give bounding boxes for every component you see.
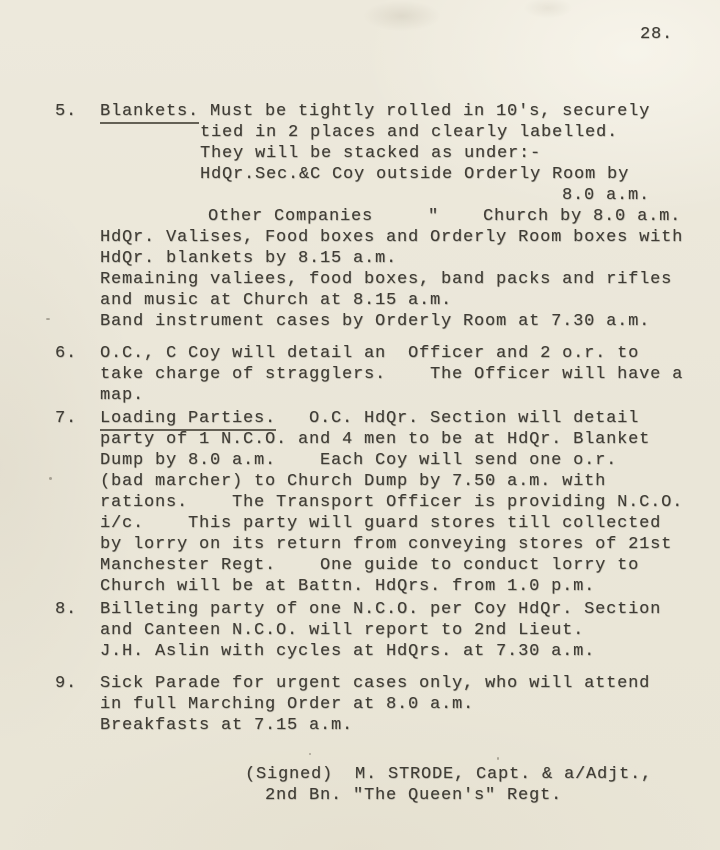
item-5-heading-line: Blankets. Must be tightly rolled in 10's… <box>100 101 710 122</box>
item-7-line: (bad marcher) to Church Dump by 7.50 a.m… <box>100 471 710 492</box>
page-number: 28. <box>640 24 673 45</box>
item-7-heading: Loading Parties. <box>100 409 276 431</box>
paper-speck <box>309 753 311 755</box>
item-5-line: HdQr. blankets by 8.15 a.m. <box>100 248 710 269</box>
item-5-line: tied in 2 places and clearly labelled. <box>100 122 710 143</box>
item-9-line: in full Marching Order at 8.0 a.m. <box>100 694 710 715</box>
item-7-line: rations. The Transport Officer is provid… <box>100 492 710 513</box>
item-7-number: 7. <box>55 408 77 429</box>
item-5-line: They will be stacked as under:- <box>100 143 710 164</box>
item-7-line: Manchester Regt. One guide to conduct lo… <box>100 555 710 576</box>
signature-block: (Signed) M. STRODE, Capt. & a/Adjt., 2nd… <box>245 764 652 806</box>
order-item-8: 8. Billeting party of one N.C.O. per Coy… <box>55 599 710 662</box>
signature-line-2: 2nd Bn. "The Queen's" Regt. <box>245 785 652 806</box>
item-9-line: Sick Parade for urgent cases only, who w… <box>100 673 710 694</box>
item-8-line: Billeting party of one N.C.O. per Coy Hd… <box>100 599 710 620</box>
paper-speck <box>497 757 499 760</box>
item-7-heading-rest: O.C. HdQr. Section will detail <box>276 409 639 428</box>
item-6-line: O.C., C Coy will detail an Officer and 2… <box>100 343 710 364</box>
item-6-number: 6. <box>55 343 77 364</box>
item-8-line: and Canteen N.C.O. will report to 2nd Li… <box>100 620 710 641</box>
item-5-number: 5. <box>55 101 77 122</box>
item-8-line: J.H. Aslin with cycles at HdQrs. at 7.30… <box>100 641 710 662</box>
item-5-line: Other Companies " Church by 8.0 a.m. <box>100 206 710 227</box>
item-7-line: Dump by 8.0 a.m. Each Coy will send one … <box>100 450 710 471</box>
paper-speck <box>46 318 50 320</box>
order-item-9: 9. Sick Parade for urgent cases only, wh… <box>55 673 710 736</box>
item-6-line: take charge of stragglers. The Officer w… <box>100 364 710 385</box>
item-5-heading-rest: Must be tightly rolled in 10's, securely <box>199 102 650 121</box>
item-7-line: by lorry on its return from conveying st… <box>100 534 710 555</box>
item-6-line: map. <box>100 385 710 406</box>
order-item-5: 5. Blankets. Must be tightly rolled in 1… <box>55 101 710 332</box>
item-8-number: 8. <box>55 599 77 620</box>
item-5-line: Band instrument cases by Orderly Room at… <box>100 311 710 332</box>
item-5-line: Remaining valiees, food boxes, band pack… <box>100 269 710 290</box>
order-item-7: 7. Loading Parties. O.C. HdQr. Section w… <box>55 408 710 597</box>
item-5-line: HdQr.Sec.&C Coy outside Orderly Room by <box>100 164 710 185</box>
item-7-line: i/c. This party will guard stores till c… <box>100 513 710 534</box>
signature-line-1: (Signed) M. STRODE, Capt. & a/Adjt., <box>245 764 652 785</box>
item-7-line: Church will be at Battn. HdQrs. from 1.0… <box>100 576 710 597</box>
item-5-line: HdQr. Valises, Food boxes and Orderly Ro… <box>100 227 710 248</box>
item-7-line: party of 1 N.C.O. and 4 men to be at HdQ… <box>100 429 710 450</box>
paper-speck <box>49 477 52 480</box>
item-5-line: and music at Church at 8.15 a.m. <box>100 290 710 311</box>
item-7-heading-line: Loading Parties. O.C. HdQr. Section will… <box>100 408 710 429</box>
item-9-line: Breakfasts at 7.15 a.m. <box>100 715 710 736</box>
order-item-6: 6. O.C., C Coy will detail an Officer an… <box>55 343 710 406</box>
item-5-heading: Blankets. <box>100 102 199 124</box>
item-9-number: 9. <box>55 673 77 694</box>
item-5-time-line: 8.0 a.m. <box>100 185 710 206</box>
